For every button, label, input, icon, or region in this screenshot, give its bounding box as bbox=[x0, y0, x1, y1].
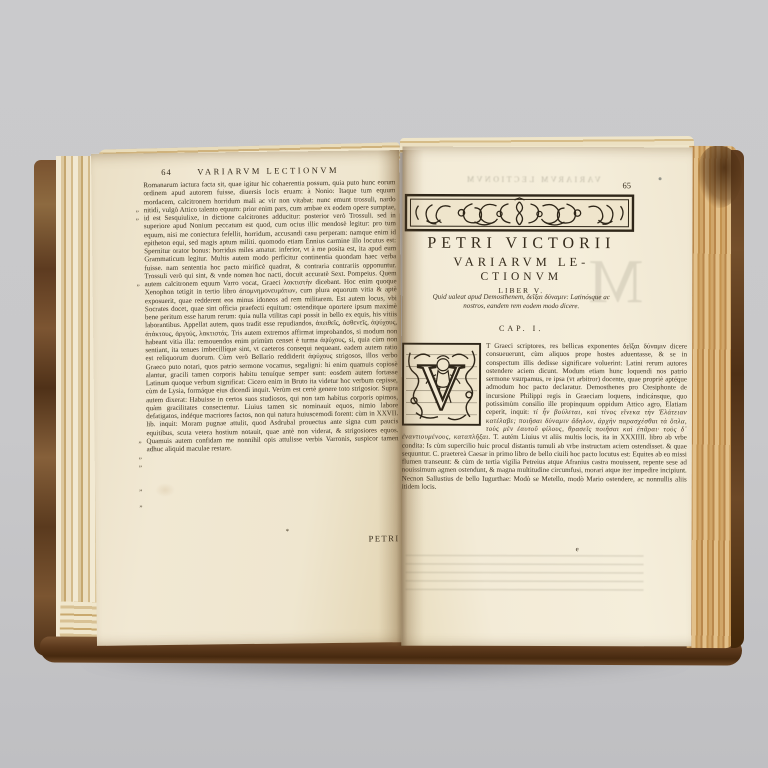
right-page-body-text: V T Graeci scriptores, res bellicas expo… bbox=[402, 342, 687, 492]
body-end-text: T. autém Liuius vt aliis multis locis, i… bbox=[402, 433, 687, 491]
chapter-heading: CAP. I. bbox=[402, 324, 640, 334]
right-page-number: 65 bbox=[623, 180, 632, 190]
woodcut-headpiece-ornament bbox=[404, 194, 634, 233]
left-page-body-text: Romanarum iactura facta sit, quae igitur… bbox=[143, 178, 398, 453]
photograph-of-open-antique-book: 64 VARIARVM LECTIONVM „ „ „ „ „ „ „ „ Ro… bbox=[0, 0, 768, 768]
right-page: VARIARVM LECTIONVM 65 M bbox=[401, 147, 692, 647]
woodcut-initial-V: V bbox=[402, 343, 481, 426]
margin-quote-mark: „ bbox=[136, 213, 139, 221]
margin-quote-mark: „ bbox=[137, 279, 140, 287]
foxing-spot bbox=[155, 483, 175, 497]
left-page-header: 64 VARIARVM LECTIONVM bbox=[143, 164, 393, 179]
author-title-line: PETRI VICTORII bbox=[402, 235, 640, 254]
margin-quote-mark: „ bbox=[139, 500, 142, 508]
left-page: 64 VARIARVM LECTIONVM „ „ „ „ „ „ „ „ Ro… bbox=[91, 150, 405, 646]
chapter-argument: Quid ualeat apud Demosthenem, δεῖξαι δύν… bbox=[424, 293, 618, 311]
ink-speck bbox=[659, 177, 662, 180]
margin-quote-mark: „ bbox=[139, 484, 142, 492]
margin-quote-mark: „ bbox=[138, 436, 141, 444]
signature-mark: e bbox=[576, 545, 579, 553]
left-running-title: VARIARVM LECTIONVM bbox=[143, 164, 393, 177]
work-title-line-2: CTIONVM bbox=[402, 271, 640, 284]
left-page-catchword: PETRI bbox=[148, 533, 400, 546]
show-through-running-title: VARIARVM LECTIONVM bbox=[433, 175, 633, 185]
work-title-line-1: VARIARVM LE- bbox=[402, 255, 640, 271]
show-through-text-lines bbox=[405, 555, 643, 598]
body-intro-text: T Graeci scriptores, res bellicas expone… bbox=[486, 342, 687, 416]
margin-quote-mark: „ bbox=[139, 460, 142, 468]
margin-quote-mark: „ bbox=[139, 452, 142, 460]
right-fore-edge bbox=[687, 146, 737, 648]
right-leather-board-edge bbox=[731, 150, 744, 648]
margin-quote-mark: „ bbox=[136, 205, 139, 213]
drop-cap-letter: V bbox=[417, 351, 465, 424]
chapter-title-block: PETRI VICTORII VARIARVM LE- CTIONVM LIBE… bbox=[402, 235, 640, 296]
